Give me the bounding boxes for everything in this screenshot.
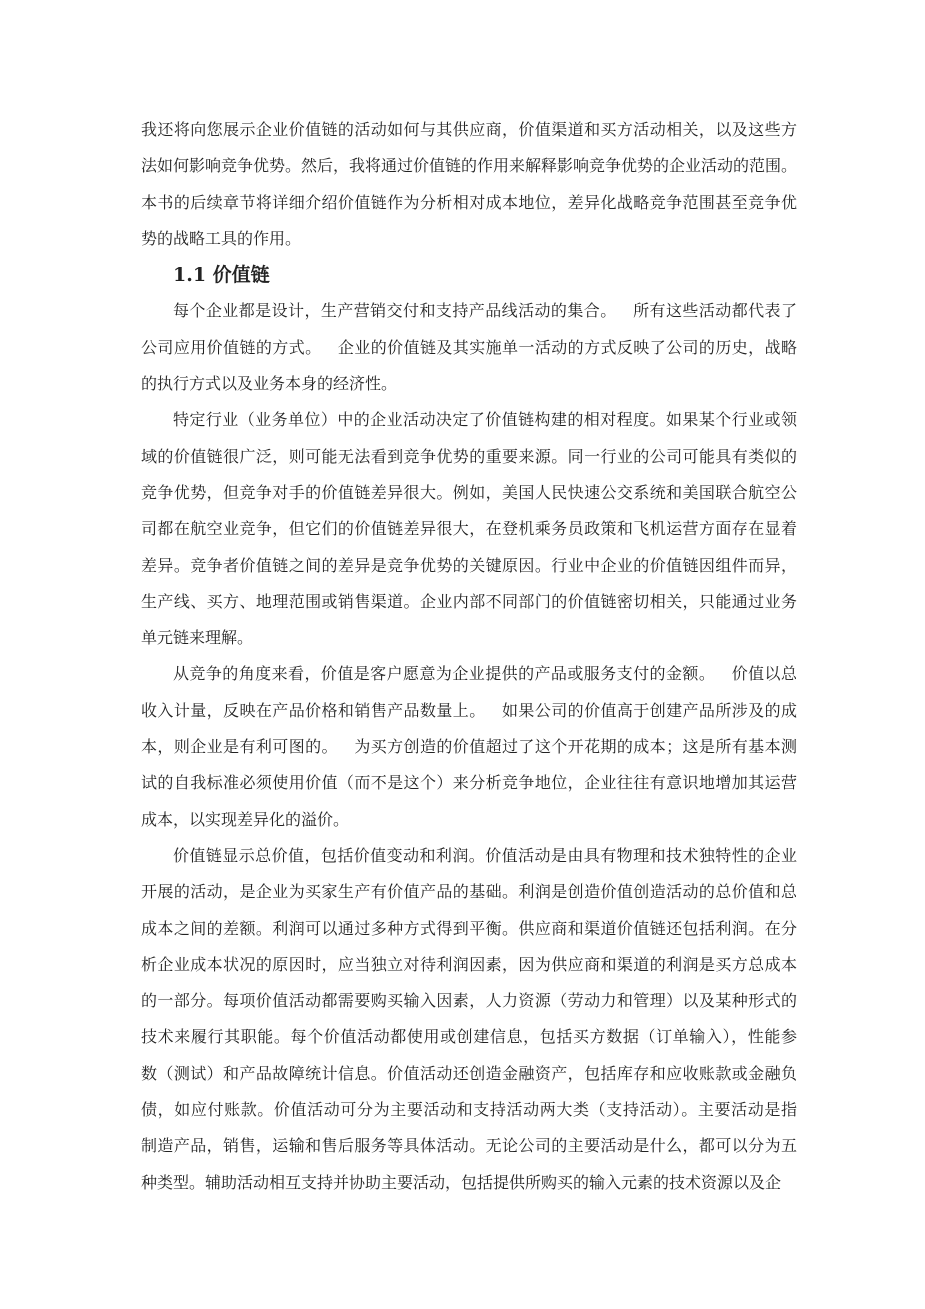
- text-line: 成本之间的差额。利润可以通过多种方式得到平衡。供应商和渠道价值链还包括利润。在分: [141, 911, 797, 947]
- section-heading: 1.1 价值链: [141, 257, 797, 293]
- text-line: 生产线、买方、地理范围或销售渠道。企业内部不同部门的价值链密切相关，只能通过业务: [141, 584, 797, 620]
- text-line: 试的自我标准必须使用价值（而不是这个）来分析竞争地位，企业往往有意识地增加其运营: [141, 765, 797, 801]
- text-line: 我还将向您展示企业价值链的活动如何与其供应商，价值渠道和买方活动相关，以及这些方: [141, 112, 797, 148]
- text-line: 特定行业（业务单位）中的企业活动决定了价值链构建的相对程度。如果某个行业或领: [141, 402, 797, 438]
- text-line: 析企业成本状况的原因时，应当独立对待利润因素，因为供应商和渠道的利润是买方总成本: [141, 947, 797, 983]
- text-line: 开展的活动，是企业为买家生产有价值产品的基础。利润是创造价值创造活动的总价值和总: [141, 874, 797, 910]
- text-line: 本书的后续章节将详细介绍价值链作为分析相对成本地位，差异化战略竞争范围甚至竞争优: [141, 185, 797, 221]
- text-line: 每个企业都是设计，生产营销交付和支持产品线活动的集合。 所有这些活动都代表了: [141, 293, 797, 329]
- text-line: 司都在航空业竞争，但它们的价值链差异很大，在登机乘务员政策和飞机运营方面存在显着: [141, 511, 797, 547]
- document-body: 我还将向您展示企业价值链的活动如何与其供应商，价值渠道和买方活动相关，以及这些方…: [141, 112, 797, 1201]
- text-line: 域的价值链很广泛，则可能无法看到竞争优势的重要来源。同一行业的公司可能具有类似的: [141, 439, 797, 475]
- text-line: 收入计量，反映在产品价格和销售产品数量上。 如果公司的价值高于创建产品所涉及的成: [141, 693, 797, 729]
- text-line: 公司应用价值链的方式。 企业的价值链及其实施单一活动的方式反映了公司的历史，战略: [141, 330, 797, 366]
- text-line: 差异。竞争者价值链之间的差异是竞争优势的关键原因。行业中企业的价值链因组件而异，: [141, 548, 797, 584]
- text-line: 技术来履行其职能。每个价值活动都使用或创建信息，包括买方数据（订单输入），性能参: [141, 1019, 797, 1055]
- text-line: 从竞争的角度来看，价值是客户愿意为企业提供的产品或服务支付的金额。 价值以总: [141, 656, 797, 692]
- text-line: 债，如应付账款。价值活动可分为主要活动和支持活动两大类（支持活动）。主要活动是指: [141, 1092, 797, 1128]
- paragraph: 从竞争的角度来看，价值是客户愿意为企业提供的产品或服务支付的金额。 价值以总收入…: [141, 656, 797, 837]
- text-line: 竞争优势，但竞争对手的价值链差异很大。例如，美国人民快速公交系统和美国联合航空公: [141, 475, 797, 511]
- text-line: 的一部分。每项价值活动都需要购买输入因素，人力资源（劳动力和管理）以及某种形式的: [141, 983, 797, 1019]
- text-line: 成本，以实现差异化的溢价。: [141, 802, 797, 838]
- text-line: 法如何影响竞争优势。然后，我将通过价值链的作用来解释影响竞争优势的企业活动的范围…: [141, 148, 797, 184]
- paragraph: 价值链显示总价值，包括价值变动和利润。价值活动是由具有物理和技术独特性的企业开展…: [141, 838, 797, 1201]
- paragraph: 每个企业都是设计，生产营销交付和支持产品线活动的集合。 所有这些活动都代表了公司…: [141, 293, 797, 402]
- document-page: 我还将向您展示企业价值链的活动如何与其供应商，价值渠道和买方活动相关，以及这些方…: [0, 0, 925, 1309]
- text-line: 数（测试）和产品故障统计信息。价值活动还创造金融资产，包括库存和应收账款或金融负: [141, 1056, 797, 1092]
- text-line: 制造产品，销售，运输和售后服务等具体活动。无论公司的主要活动是什么，都可以分为五: [141, 1128, 797, 1164]
- heading-line: 1.1 价值链: [141, 257, 797, 293]
- text-line: 单元链来理解。: [141, 620, 797, 656]
- paragraph: 特定行业（业务单位）中的企业活动决定了价值链构建的相对程度。如果某个行业或领域的…: [141, 402, 797, 656]
- text-line: 本，则企业是有利可图的。 为买方创造的价值超过了这个开花期的成本；这是所有基本测: [141, 729, 797, 765]
- paragraph: 我还将向您展示企业价值链的活动如何与其供应商，价值渠道和买方活动相关，以及这些方…: [141, 112, 797, 257]
- text-line: 种类型。辅助活动相互支持并协助主要活动，包括提供所购买的输入元素的技术资源以及企: [141, 1165, 797, 1201]
- text-line: 的执行方式以及业务本身的经济性。: [141, 366, 797, 402]
- text-line: 价值链显示总价值，包括价值变动和利润。价值活动是由具有物理和技术独特性的企业: [141, 838, 797, 874]
- text-line: 势的战略工具的作用。: [141, 221, 797, 257]
